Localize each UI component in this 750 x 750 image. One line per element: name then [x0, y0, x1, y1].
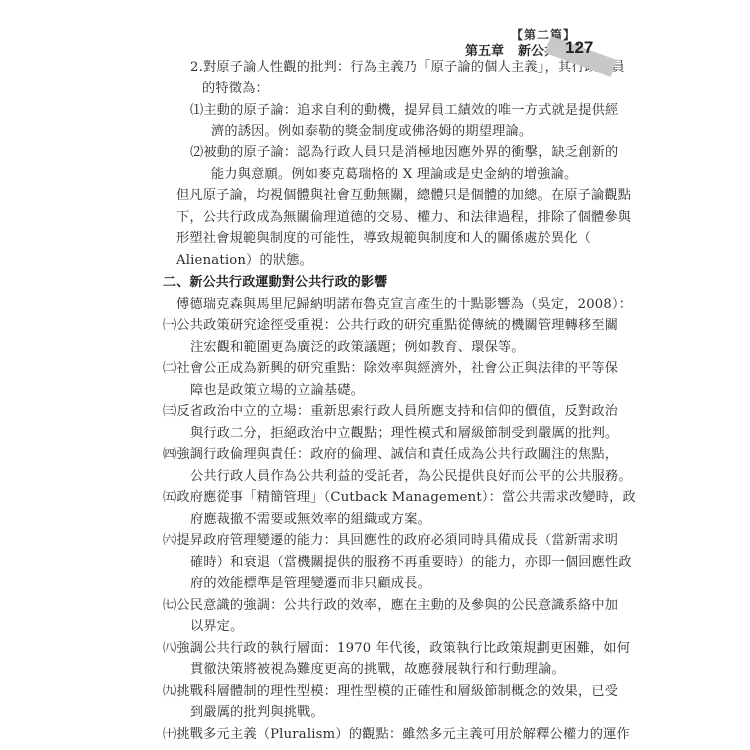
list-item-line: 到嚴厲的批判與挑戰。 [190, 703, 324, 723]
list-item-line: ㈢反省政治中立的立場：重新思索行政人員所應支持和信仰的價值，反對政治 [163, 402, 618, 422]
paragraph-line: 的特徵為： [202, 79, 269, 99]
paragraph-line: ⑴主動的原子論：追求自利的動機，提昇員工績效的唯一方式就是提供經 [190, 101, 618, 121]
list-item-line: 以界定。 [190, 617, 244, 637]
paragraph-line: ⑵被動的原子論：認為行政人員只是消極地因應外界的衝擊，缺乏創新的 [190, 143, 618, 163]
paragraph-line: 能力與意願。例如麥克葛瑞格的 X 理論或是史金納的增強論。 [211, 165, 577, 185]
paragraph-line: 下，公共行政成為無關倫理道德的交易、權力、和法律過程，排除了個體參與 [176, 208, 631, 228]
list-item-line: ㈨挑戰科層體制的理性型模：理性型模的正確性和層級節制概念的效果，已受 [163, 682, 618, 702]
paragraph-line: 但凡原子論，均視個體與社會互動無關，總體只是個體的加總。在原子論觀點 [176, 186, 631, 206]
list-item-line: 公共行政人員作為公共利益的受託者，為公民提供良好而公平的公共服務。 [190, 467, 632, 487]
list-item-line: 確時）和衰退（當機關提供的服務不再重要時）的能力，亦即一個回應性政 [190, 553, 632, 573]
list-item-line: ㈦公民意識的強調：公共行政的效率，應在主動的及參與的公民意識系絡中加 [163, 596, 618, 616]
list-item-line: ㈡社會公正成為新興的研究重點：除效率與經濟外，社會公正與法律的平等保 [163, 359, 618, 379]
list-item-line: 貫徹決策將被視為難度更高的挑戰，故應發展執行和行動理論。 [190, 660, 565, 680]
paragraph-line: 2.對原子論人性觀的批判：行為主義乃「原子論的個人主義」，其行政人員 [190, 58, 625, 78]
list-item-line: 障也是政策立場的立論基礎。 [190, 381, 364, 401]
list-item-line: ㈧強調公共行政的執行層面：1970 年代後，政策執行比政策規劃更困難，如何 [163, 639, 630, 659]
page-number: 127 [565, 38, 593, 58]
paragraph-line: 形塑社會規範與制度的可能性，導致規範與制度和人的關係處於異化（ [176, 229, 591, 249]
paragraph-line: Alienation）的狀態。 [176, 251, 313, 271]
list-item-line: 注宏觀和範圍更為廣泛的政策議題；例如教育、環保等。 [190, 338, 525, 358]
section-heading: 二、新公共行政運動對公共行政的影響 [163, 273, 387, 293]
list-item-line: ㈤政府應從事「精簡管理」（Cutback Management）：當公共需求改變… [163, 488, 636, 508]
list-item-line: 府的效能標準是管理變遷而非只顧成長。 [190, 574, 431, 594]
list-item-line: ㈣強調行政倫理與責任：政府的倫理、誠信和責任成為公共行政關注的焦點， [163, 445, 618, 465]
chapter-number: 第五章 [465, 44, 504, 59]
list-item-line: ㈠公共政策研究途徑受重視：公共行政的研究重點從傳統的機關管理轉移至關 [163, 316, 618, 336]
list-item-line: ㈥提昇政府管理變遷的能力：具回應性的政府必須同時具備成長（當新需求明 [163, 531, 618, 551]
paragraph-line: 濟的誘因。例如泰勒的獎金制度或佛洛姆的期望理論。 [211, 122, 532, 142]
book-page: 【第二篇】 第五章新公共行政 127 2.對原子論人性觀的批判：行為主義乃「原子… [0, 0, 750, 750]
list-item-line: ㈩挑戰多元主義（Pluralism）的觀點：雖然多元主義可用於解釋公權力的運作 [163, 725, 630, 745]
list-item-line: 傅德瑞克森與馬里尼歸納明諾布魯克宣言產生的十點影響為（吳定，2008）： [176, 295, 632, 315]
list-item-line: 府應裁撤不需要或無效率的組織或方案。 [190, 510, 431, 530]
list-item-line: 與行政二分，拒絕政治中立觀點；理性模式和層級節制受到嚴厲的批判。 [190, 424, 618, 444]
